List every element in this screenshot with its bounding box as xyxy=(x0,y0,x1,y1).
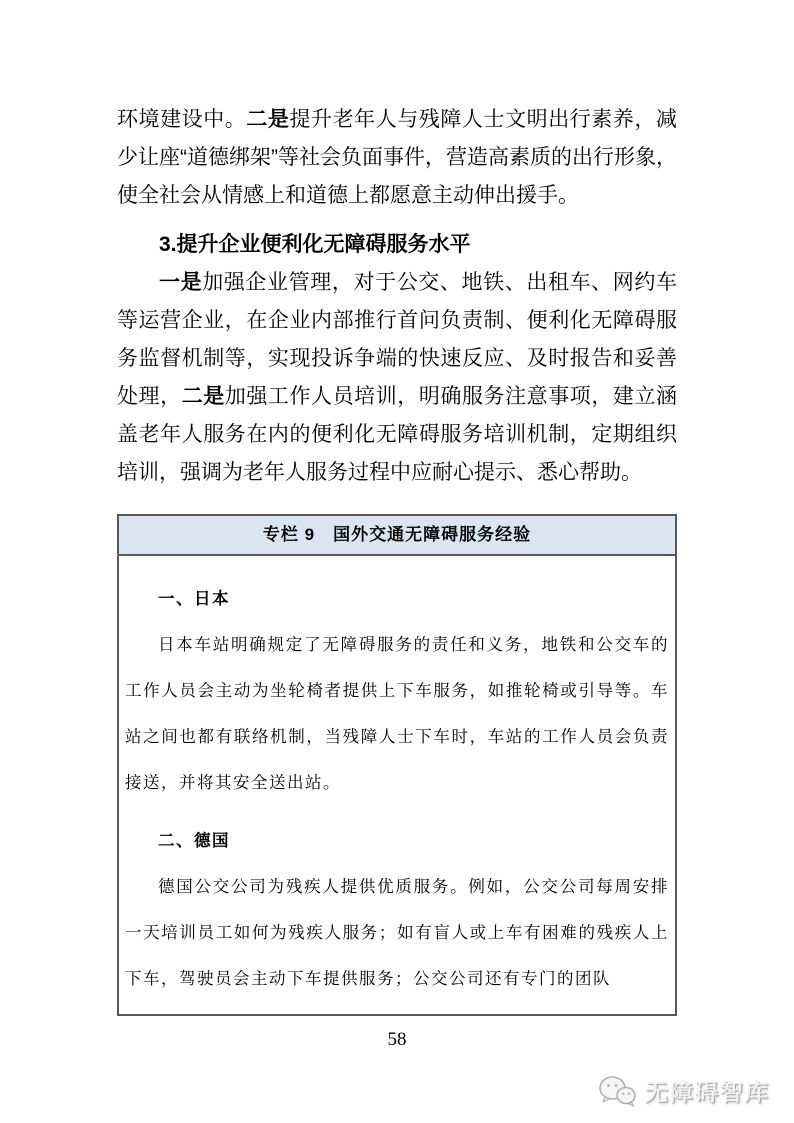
box-subheading-japan: 一、日本 xyxy=(125,576,669,622)
body-paragraph: 一是加强企业管理，对于公交、地铁、出租车、网约车等运营企业，在企业内部推行首问负… xyxy=(117,264,677,492)
box-paragraph-japan: 日本车站明确规定了无障碍服务的责任和义务，地铁和公交车的工作人员会主动为坐轮椅者… xyxy=(125,622,669,806)
column-box-body: 一、日本 日本车站明确规定了无障碍服务的责任和义务，地铁和公交车的工作人员会主动… xyxy=(119,556,675,1014)
column-box: 专栏 9 国外交通无障碍服务经验 一、日本 日本车站明确规定了无障碍服务的责任和… xyxy=(117,514,677,1016)
box-paragraph-germany: 德国公交公司为残疾人提供优质服务。例如，公交公司每周安排一天培训员工如何为残疾人… xyxy=(125,864,669,1002)
section-heading: 3.提升企业便利化无障碍服务水平 xyxy=(117,226,677,264)
emphasis-run: 一是 xyxy=(159,271,202,294)
watermark: 无障碍智库 xyxy=(598,1074,770,1107)
emphasis-run: 二是 xyxy=(182,385,225,408)
body-paragraph-continuation: 环境建设中。二是提升老年人与残障人士文明出行素养，减少让座“道德绑架”等社会负面… xyxy=(117,101,677,215)
box-subheading-germany: 二、德国 xyxy=(125,818,669,864)
page-number: 58 xyxy=(117,1028,677,1052)
text-run: 环境建设中。 xyxy=(117,108,246,131)
page-content: 环境建设中。二是提升老年人与残障人士文明出行素养，减少让座“道德绑架”等社会负面… xyxy=(117,101,677,1052)
document-page: 环境建设中。二是提升老年人与残障人士文明出行素养，减少让座“道德绑架”等社会负面… xyxy=(0,0,794,1123)
emphasis-run: 二是 xyxy=(246,108,289,131)
wechat-icon xyxy=(598,1075,636,1107)
watermark-label: 无障碍智库 xyxy=(645,1074,770,1107)
column-box-title: 专栏 9 国外交通无障碍服务经验 xyxy=(119,516,675,556)
